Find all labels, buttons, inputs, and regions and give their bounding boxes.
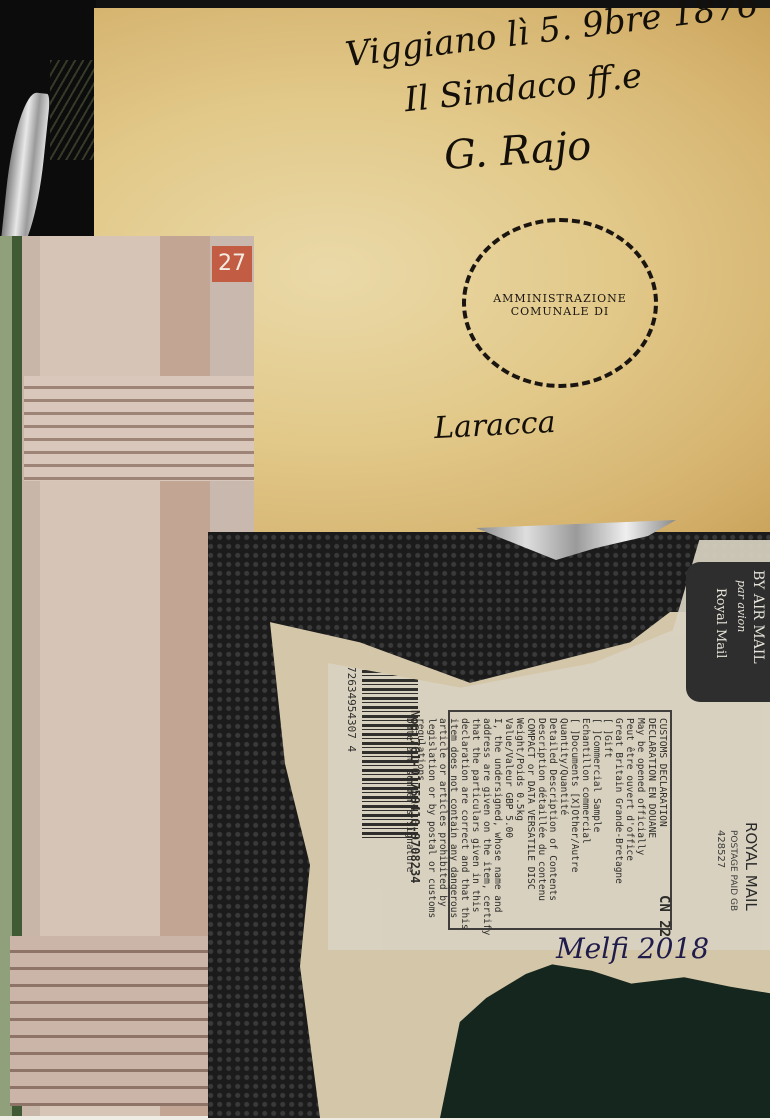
postage-paid-text: POSTAGE PAID GB (728, 830, 738, 911)
fern-print (50, 60, 96, 160)
column-capital (24, 376, 254, 481)
airmail-label: BY AIR MAIL par avion Royal Mail (686, 562, 770, 702)
silver-leaf-icon (0, 91, 51, 259)
handwritten-title: Il Sindaco ff.e (403, 56, 644, 121)
municipal-stamp-icon: AMMINISTRAZIONE COMUNALE DI (462, 218, 658, 388)
royal-mail-brand: ROYAL MAIL (742, 822, 760, 911)
handwritten-signature-bottom: Laracca (433, 405, 556, 446)
declaration-text: CUSTOMS DECLARATION DECLARATION EN DOUAN… (404, 718, 668, 935)
airmail-line3: Royal Mail (713, 588, 728, 658)
column-base (10, 936, 210, 1106)
barcode-number: 72634954307 4 (345, 666, 358, 752)
postage-number: 428527 (715, 830, 726, 868)
form-code: CN 22 (656, 895, 672, 937)
artist-signature: Melfi 2018 (556, 932, 709, 965)
house-number-plate: 27 (212, 246, 252, 282)
airmail-line2: par avion (735, 580, 748, 632)
airmail-line1: BY AIR MAIL (750, 570, 766, 664)
black-card-collage-piece (0, 0, 96, 268)
handwritten-signature-top: G. Rajo (443, 123, 593, 179)
stamp-text: AMMINISTRAZIONE COMUNALE DI (466, 292, 654, 318)
